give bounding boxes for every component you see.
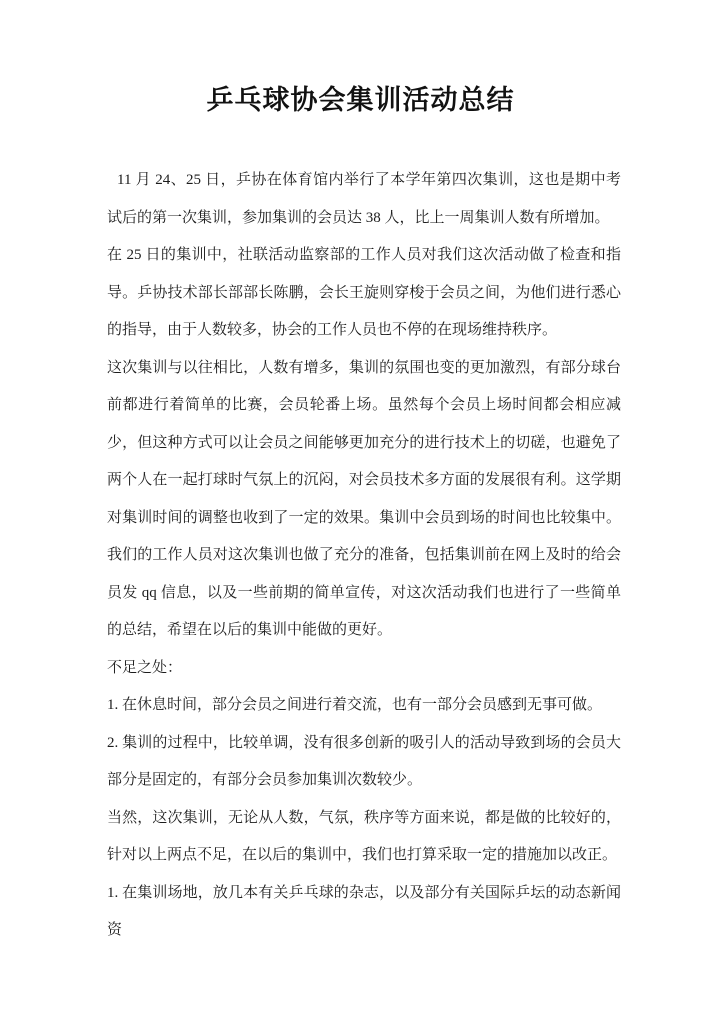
paragraph-training-review: 这次集训与以往相比，人数有增多，集训的氛围也变的更加激烈，有部分球台前都进行着简… [107,350,621,650]
paragraph-shortcomings-heading: 不足之处： [107,650,621,688]
paragraph-improvement-1: 1. 在集训场地，放几本有关乒乓球的杂志，以及部分有关国际乒坛的动态新闻资 [107,875,621,950]
paragraph-shortcoming-2: 2. 集训的过程中，比较单调，没有很多创新的吸引人的活动导致到场的会员大部分是固… [107,725,621,800]
paragraph-intro: 11 月 24、25 日，乒协在体育馆内举行了本学年第四次集训，这也是期中考试后… [107,162,621,237]
document-page: 乒乓球协会集训活动总结 11 月 24、25 日，乒协在体育馆内举行了本学年第四… [0,0,721,1020]
paragraph-inspection: 在 25 日的集训中，社联活动监察部的工作人员对我们这次活动做了检查和指导。乒协… [107,237,621,350]
document-title: 乒乓球协会集训活动总结 [0,0,721,120]
paragraph-shortcoming-1: 1. 在休息时间，部分会员之间进行着交流，也有一部分会员感到无事可做。 [107,687,621,725]
paragraph-conclusion: 当然，这次集训，无论从人数，气氛，秩序等方面来说，都是做的比较好的，针对以上两点… [107,800,621,875]
document-body: 11 月 24、25 日，乒协在体育馆内举行了本学年第四次集训，这也是期中考试后… [107,162,621,950]
